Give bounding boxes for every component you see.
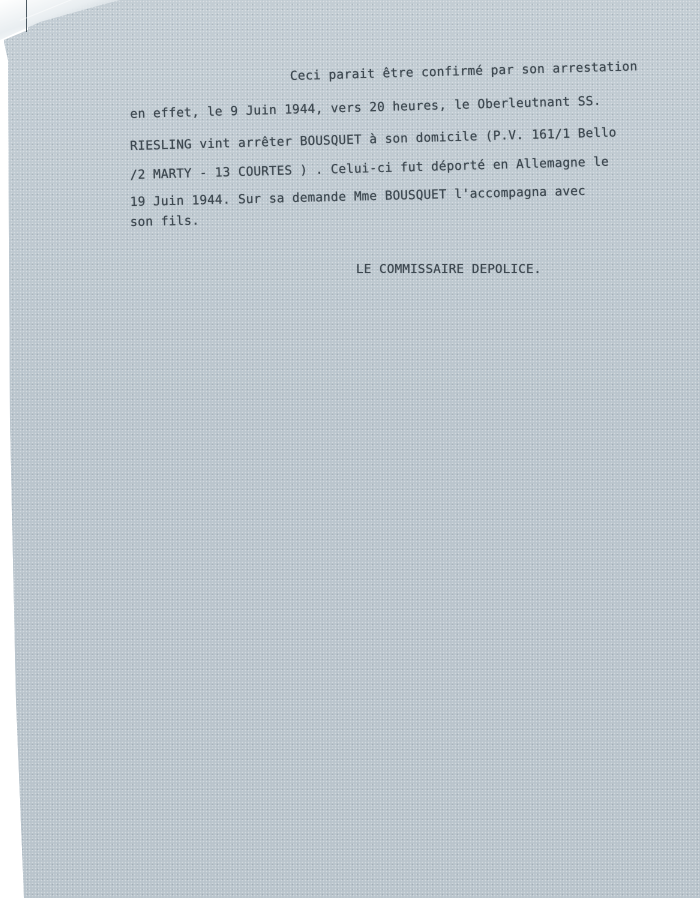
report-body: Ceci parait être confirmé par son arrest…	[0, 0, 31, 160]
signature-line: LE COMMISSAIRE DEPOLICE.	[356, 261, 541, 276]
body-line-6: son fils.	[130, 211, 200, 232]
scanned-document: Ceci parait être confirmé par son arrest…	[0, 0, 700, 898]
